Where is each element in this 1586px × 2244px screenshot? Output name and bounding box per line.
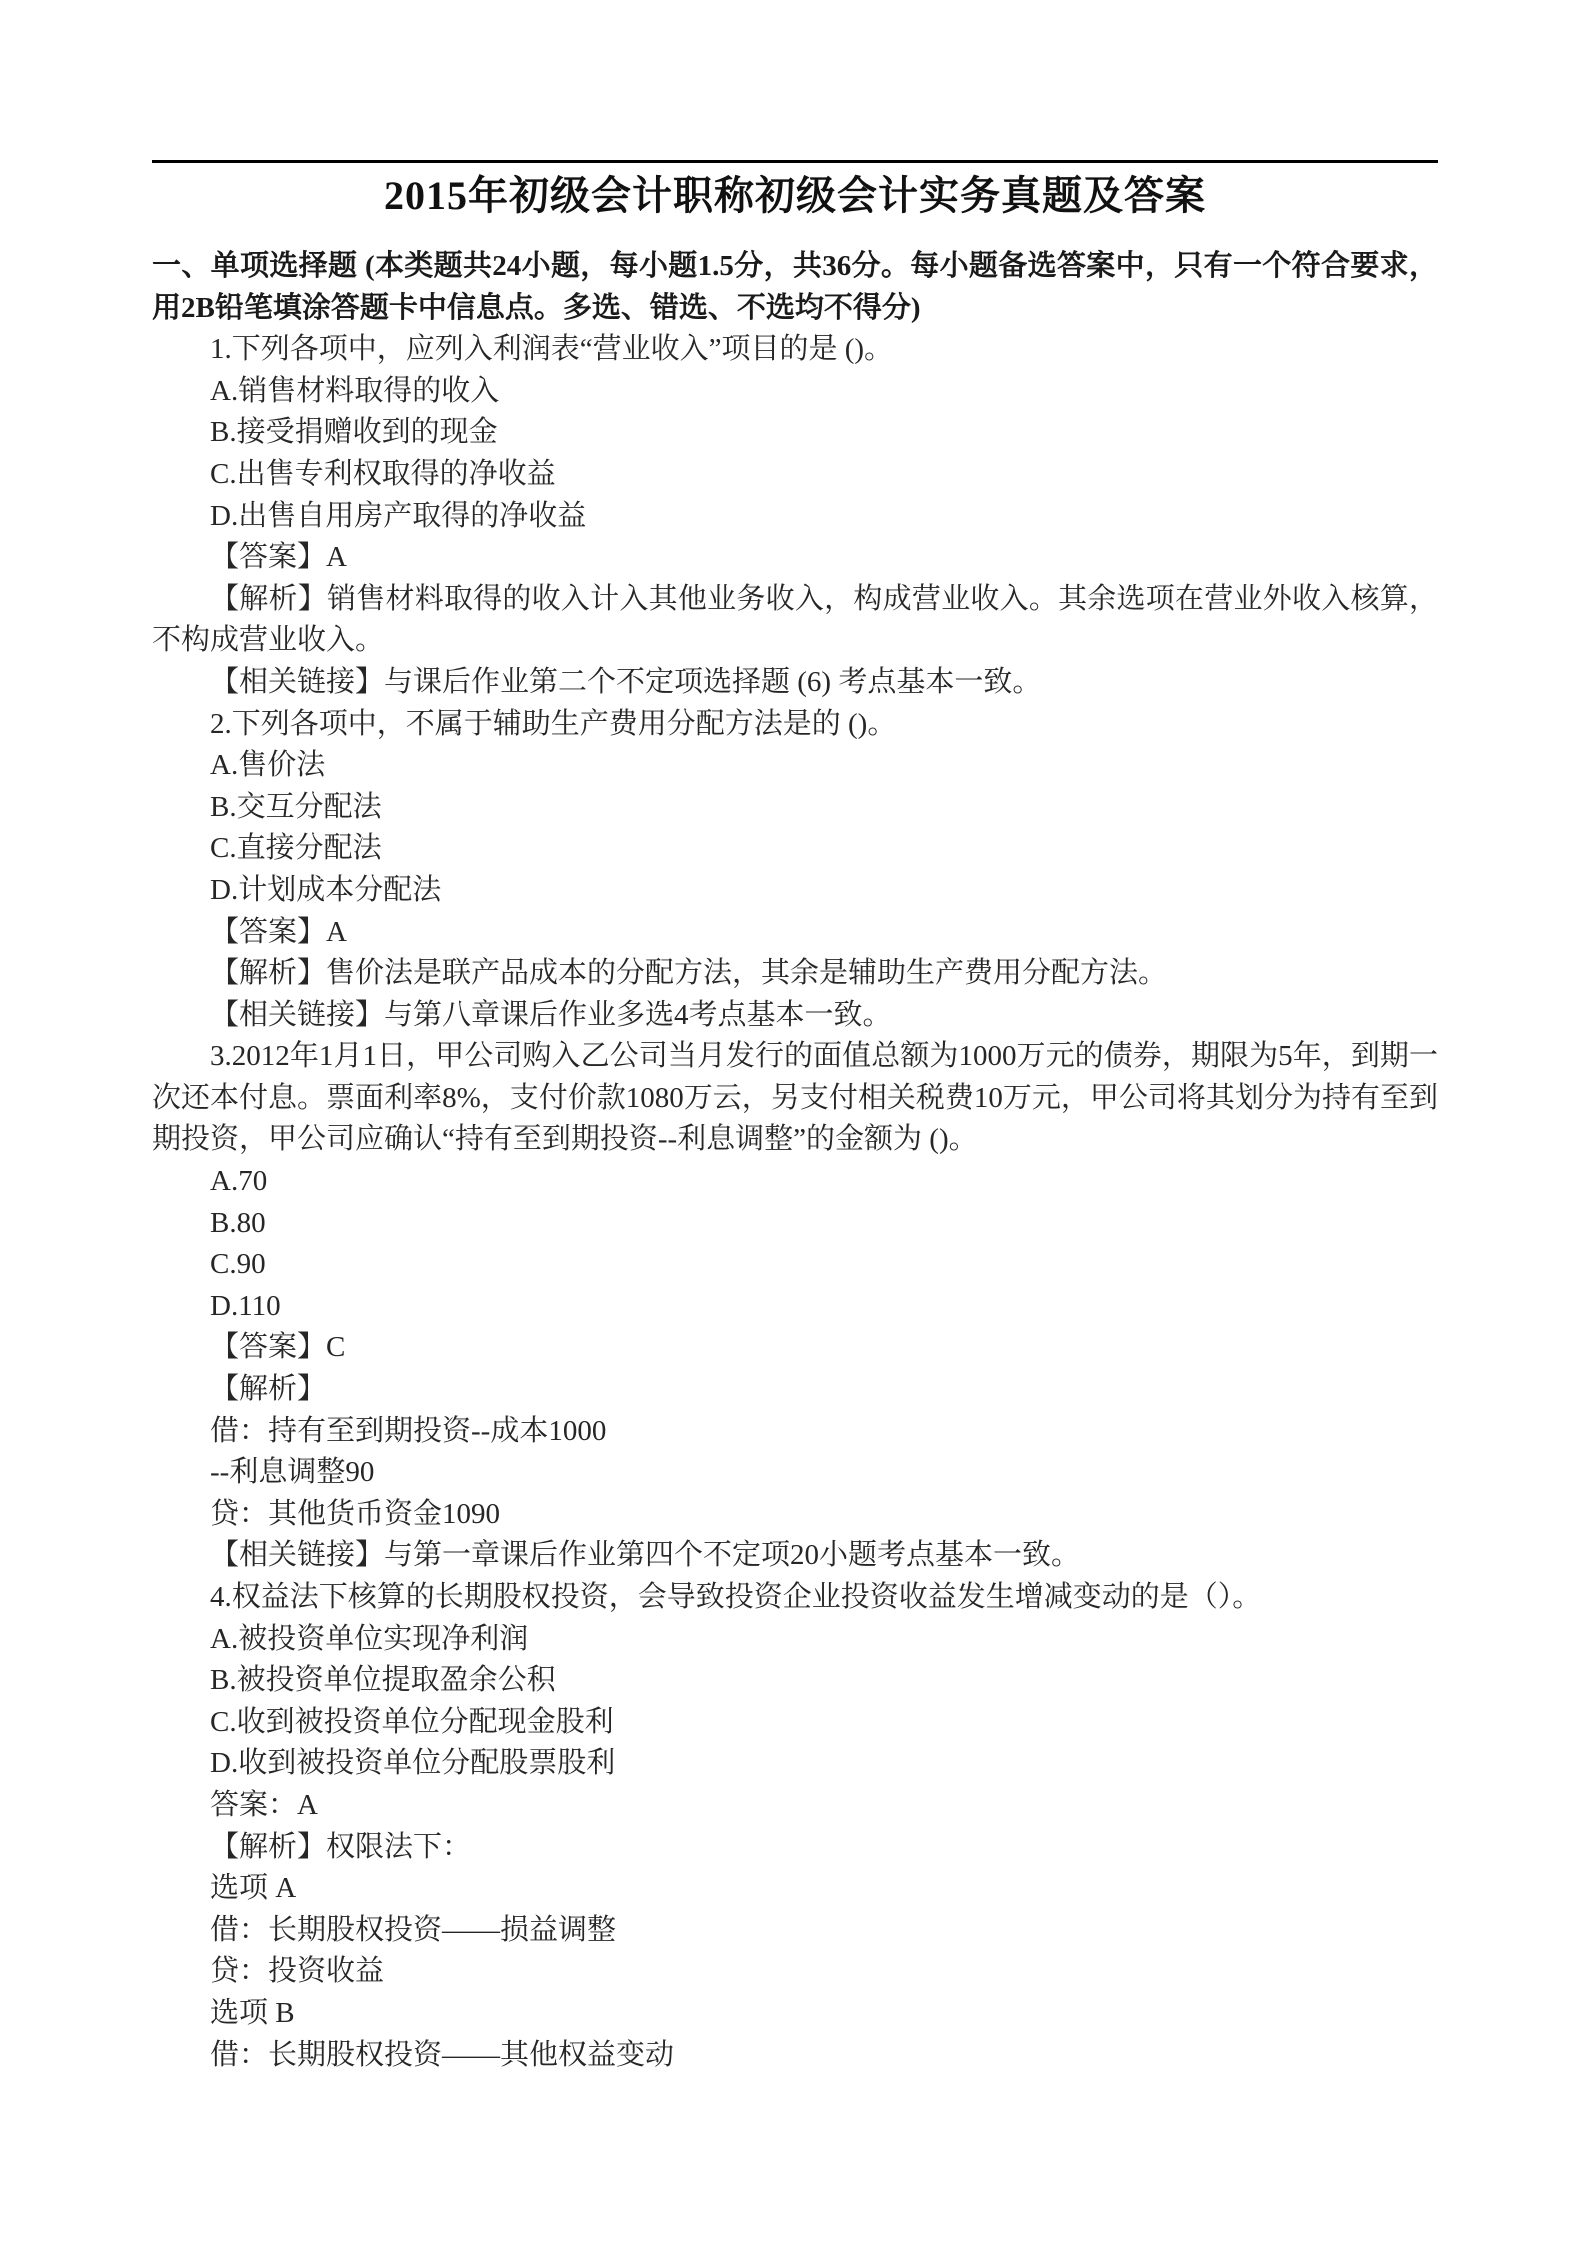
question-block-4: 4.权益法下核算的长期股权投资，会导致投资企业投资收益发生增减变动的是（）。 A… <box>152 1577 1438 2076</box>
question-1-option-a: A.销售材料取得的收入 <box>152 371 1438 413</box>
question-4-option-b: B.被投资单位提取盈余公积 <box>152 1660 1438 1702</box>
question-2-option-c: C.直接分配法 <box>152 828 1438 870</box>
question-4-option-d: D.收到被投资单位分配股票股利 <box>152 1743 1438 1785</box>
question-3-journal-credit: 贷：其他货币资金1090 <box>152 1494 1438 1536</box>
question-4-answer: 答案：A <box>152 1785 1438 1827</box>
question-block-2: 2.下列各项中，不属于辅助生产费用分配方法是的 ()。 A.售价法 B.交互分配… <box>152 704 1438 1037</box>
question-3-journal-adjust: --利息调整90 <box>152 1452 1438 1494</box>
question-1-answer: 【答案】A <box>152 537 1438 579</box>
question-1-option-d: D.出售自用房产取得的净收益 <box>152 496 1438 538</box>
question-2-option-a: A.售价法 <box>152 745 1438 787</box>
question-2-option-d: D.计划成本分配法 <box>152 870 1438 912</box>
section-heading: 一、单项选择题 (本类题共24小题，每小题1.5分，共36分。每小题备选答案中，… <box>152 246 1438 329</box>
question-1-analysis: 【解析】销售材料取得的收入计入其他业务收入，构成营业收入。其余选项在营业外收入核… <box>152 579 1438 662</box>
question-3-analysis-label: 【解析】 <box>152 1369 1438 1411</box>
question-3-stem: 3.2012年1月1日，甲公司购入乙公司当月发行的面值总额为1000万元的债券，… <box>152 1036 1438 1161</box>
question-2-stem: 2.下列各项中，不属于辅助生产费用分配方法是的 ()。 <box>152 704 1438 746</box>
question-2-option-b: B.交互分配法 <box>152 787 1438 829</box>
question-2-answer: 【答案】A <box>152 912 1438 954</box>
question-1-stem: 1.下列各项中，应列入利润表“营业收入”项目的是 ()。 <box>152 329 1438 371</box>
document-body: 一、单项选择题 (本类题共24小题，每小题1.5分，共36分。每小题备选答案中，… <box>152 246 1438 2076</box>
question-4-journal-b-debit: 借：长期股权投资——其他权益变动 <box>152 2035 1438 2077</box>
question-3-option-d: D.110 <box>152 1286 1438 1328</box>
question-4-option-c: C.收到被投资单位分配现金股利 <box>152 1702 1438 1744</box>
title-rule <box>152 160 1438 163</box>
question-4-option-b-label: 选项 B <box>152 1993 1438 2035</box>
question-1-option-c: C.出售专利权取得的净收益 <box>152 454 1438 496</box>
document-page: 2015年初级会计职称初级会计实务真题及答案 一、单项选择题 (本类题共24小题… <box>0 0 1586 2244</box>
question-3-answer: 【答案】C <box>152 1327 1438 1369</box>
question-1-related-link: 【相关链接】与课后作业第二个不定项选择题 (6) 考点基本一致。 <box>152 662 1438 704</box>
page-title: 2015年初级会计职称初级会计实务真题及答案 <box>152 172 1438 220</box>
question-4-option-a-label: 选项 A <box>152 1868 1438 1910</box>
question-1-option-b: B.接受捐赠收到的现金 <box>152 412 1438 454</box>
question-2-analysis: 【解析】售价法是联产品成本的分配方法，其余是辅助生产费用分配方法。 <box>152 953 1438 995</box>
question-3-option-b: B.80 <box>152 1203 1438 1245</box>
question-4-stem: 4.权益法下核算的长期股权投资，会导致投资企业投资收益发生增减变动的是（）。 <box>152 1577 1438 1619</box>
question-4-option-a: A.被投资单位实现净利润 <box>152 1619 1438 1661</box>
question-block-3: 3.2012年1月1日，甲公司购入乙公司当月发行的面值总额为1000万元的债券，… <box>152 1036 1438 1577</box>
question-4-journal-a-debit: 借：长期股权投资——损益调整 <box>152 1910 1438 1952</box>
question-3-option-c: C.90 <box>152 1244 1438 1286</box>
question-4-analysis-label: 【解析】权限法下： <box>152 1827 1438 1869</box>
question-block-1: 1.下列各项中，应列入利润表“营业收入”项目的是 ()。 A.销售材料取得的收入… <box>152 329 1438 703</box>
question-2-related-link: 【相关链接】与第八章课后作业多选4考点基本一致。 <box>152 995 1438 1037</box>
question-3-journal-debit: 借：持有至到期投资--成本1000 <box>152 1411 1438 1453</box>
question-3-option-a: A.70 <box>152 1161 1438 1203</box>
question-3-related-link: 【相关链接】与第一章课后作业第四个不定项20小题考点基本一致。 <box>152 1535 1438 1577</box>
question-4-journal-a-credit: 贷：投资收益 <box>152 1951 1438 1993</box>
